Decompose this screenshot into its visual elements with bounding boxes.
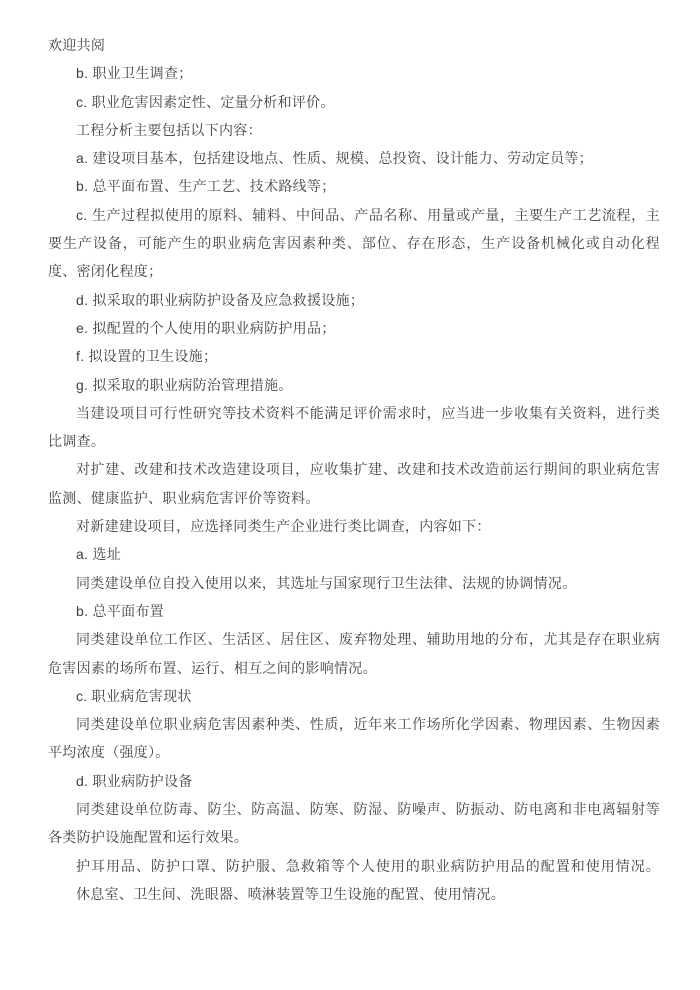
paragraph: c. 生产过程拟使用的原料、辅料、中间品、产品名称、用量或产量，主要生产工艺流程… xyxy=(48,201,660,286)
paragraph: 工程分析主要包括以下内容： xyxy=(48,116,660,144)
paragraph: d. 拟采取的职业病防护设备及应急救援设施； xyxy=(48,286,660,314)
paragraph: 同类建设单位职业病危害因素种类、性质，近年来工作场所化学因素、物理因素、生物因素… xyxy=(48,710,660,767)
paragraph: 休息室、卫生间、洗眼器、喷淋装置等卫生设施的配置、使用情况。 xyxy=(48,880,660,908)
paragraph: d. 职业病防护设备 xyxy=(48,767,660,795)
paragraph: c. 职业危害因素定性、定量分析和评价。 xyxy=(48,88,660,116)
paragraph: 同类建设单位防毒、防尘、防高温、防寒、防湿、防噪声、防振动、防电离和非电离辐射等… xyxy=(48,795,660,852)
paragraph: a. 建设项目基本，包括建设地点、性质、规模、总投资、设计能力、劳动定员等； xyxy=(48,144,660,172)
page-header-text: 欢迎共阅 xyxy=(48,31,660,59)
paragraph: a. 选址 xyxy=(48,540,660,568)
paragraph: c. 职业病危害现状 xyxy=(48,682,660,710)
document-body: b. 职业卫生调查；c. 职业危害因素定性、定量分析和评价。工程分析主要包括以下… xyxy=(48,59,660,908)
paragraph: g. 拟采取的职业病防治管理措施。 xyxy=(48,371,660,399)
paragraph: 护耳用品、防护口罩、防护服、急救箱等个人使用的职业病防护用品的配置和使用情况。 xyxy=(48,852,660,880)
paragraph: 对新建建设项目，应选择同类生产企业进行类比调查，内容如下： xyxy=(48,512,660,540)
paragraph: b. 职业卫生调查； xyxy=(48,59,660,87)
paragraph: 当建设项目可行性研究等技术资料不能满足评价需求时，应当进一步收集有关资料，进行类… xyxy=(48,399,660,456)
paragraph: b. 总平面布置 xyxy=(48,597,660,625)
paragraph: 同类建设单位工作区、生活区、居住区、废弃物处理、辅助用地的分布，尤其是存在职业病… xyxy=(48,625,660,682)
paragraph: 对扩建、改建和技术改造建设项目，应收集扩建、改建和技术改造前运行期间的职业病危害… xyxy=(48,455,660,512)
document-page: 欢迎共阅 b. 职业卫生调查；c. 职业危害因素定性、定量分析和评价。工程分析主… xyxy=(0,0,700,990)
paragraph: 同类建设单位自投入使用以来，其选址与国家现行卫生法律、法规的协调情况。 xyxy=(48,569,660,597)
document-content: 欢迎共阅 b. 职业卫生调查；c. 职业危害因素定性、定量分析和评价。工程分析主… xyxy=(48,31,660,908)
paragraph: f. 拟设置的卫生设施； xyxy=(48,342,660,370)
paragraph: e. 拟配置的个人使用的职业病防护用品； xyxy=(48,314,660,342)
paragraph: b. 总平面布置、生产工艺、技术路线等； xyxy=(48,172,660,200)
